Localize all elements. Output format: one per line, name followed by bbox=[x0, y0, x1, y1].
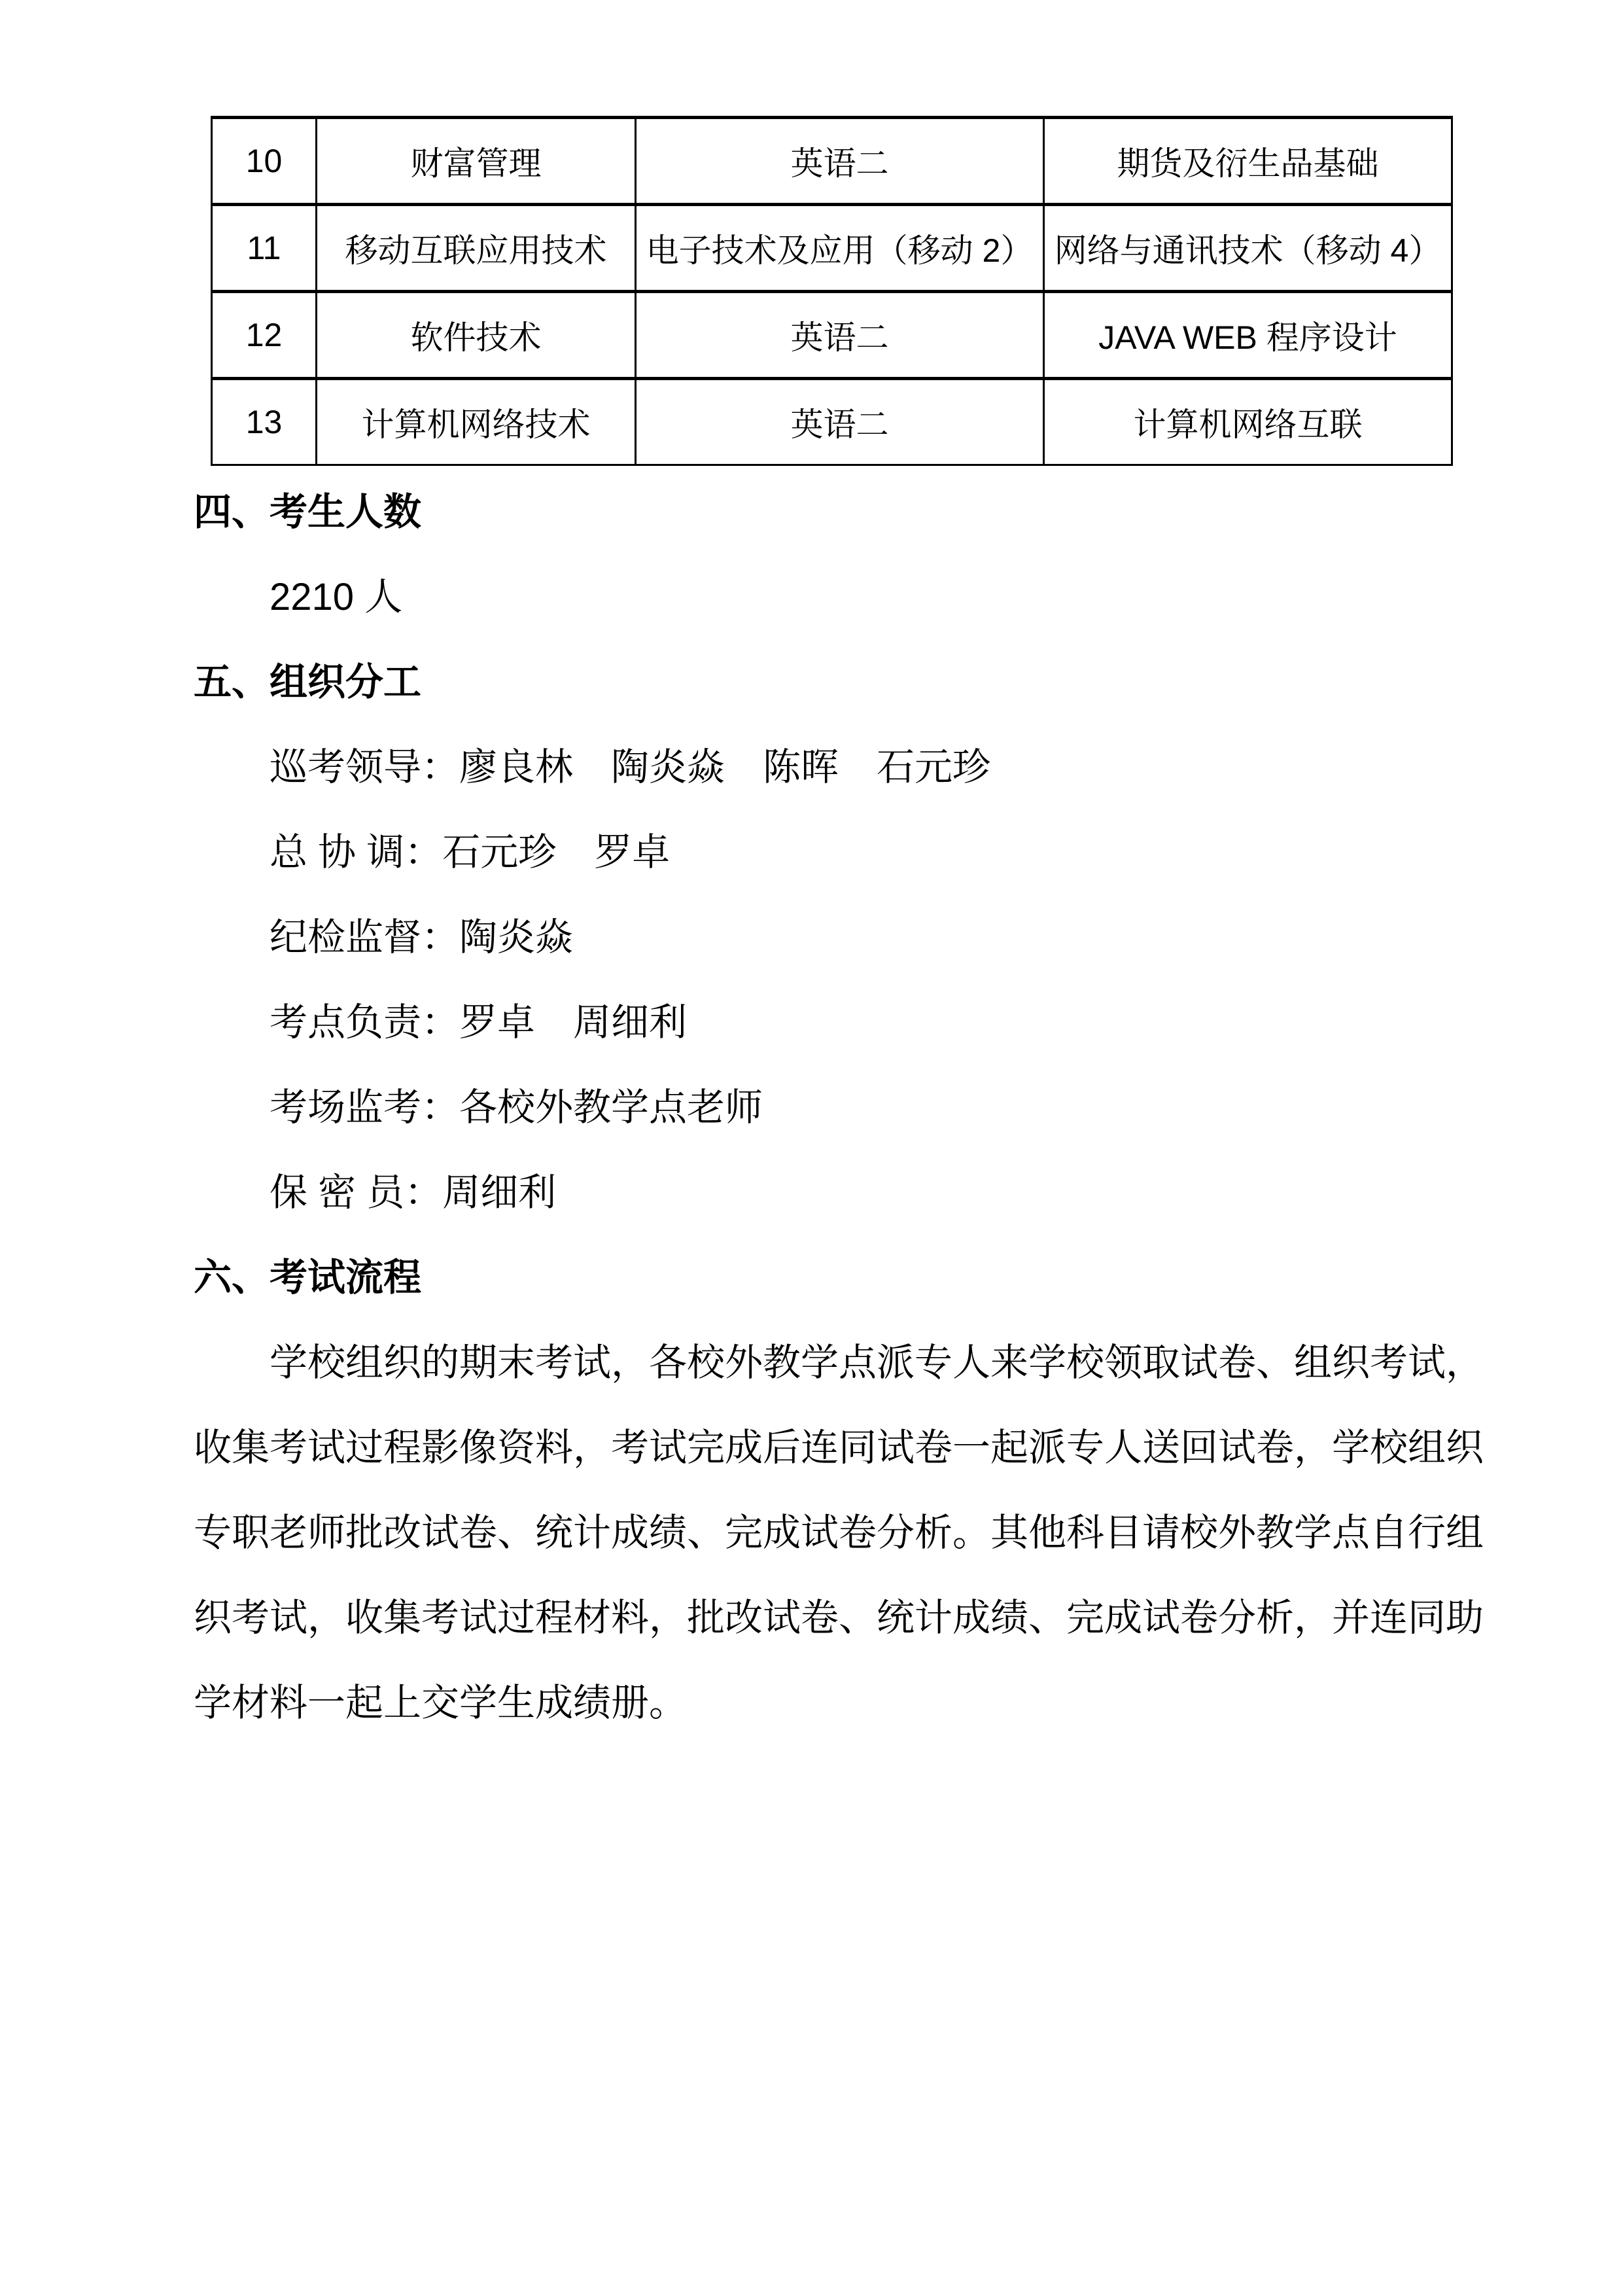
table-cell-course-2: JAVA WEB 程序设计 bbox=[1044, 292, 1452, 379]
exam-subjects-table: 10 财富管理 英语二 期货及衍生品基础 11 移动互联应用技术 电子技术及应用… bbox=[211, 116, 1453, 466]
org-line-inspection-leaders: 巡考领导：廖良林 陶炎焱 陈晖 石元珍 bbox=[194, 725, 1509, 810]
candidates-count-value: 2210 人 bbox=[194, 555, 1509, 640]
heading-organization: 五、组织分工 bbox=[194, 640, 1509, 725]
table-row: 10 财富管理 英语二 期货及衍生品基础 bbox=[212, 118, 1452, 205]
table-cell-major: 财富管理 bbox=[317, 118, 636, 205]
table-cell-course-2: 网络与通讯技术（移动 4） bbox=[1044, 205, 1452, 292]
process-paragraph-line: 织考试，收集考试过程材料，批改试卷、统计成绩、完成试卷分析，并连同助 bbox=[194, 1576, 1509, 1661]
table-cell-row-number: 13 bbox=[212, 379, 317, 465]
org-line-discipline-supervisor: 纪检监督：陶炎焱 bbox=[194, 895, 1509, 980]
table-cell-major: 移动互联应用技术 bbox=[317, 205, 636, 292]
table-cell-row-number: 11 bbox=[212, 205, 317, 292]
org-line-confidentiality-officer: 保 密 员：周细利 bbox=[194, 1150, 1509, 1235]
org-line-general-coordinator: 总 协 调：石元珍 罗卓 bbox=[194, 810, 1509, 895]
table-cell-row-number: 10 bbox=[212, 118, 317, 205]
process-paragraph-line: 收集考试过程影像资料，考试完成后连同试卷一起派专人送回试卷，学校组织 bbox=[194, 1405, 1509, 1491]
table-cell-course-2: 计算机网络互联 bbox=[1044, 379, 1452, 465]
process-paragraph-line: 学材料一起上交学生成绩册。 bbox=[194, 1661, 1509, 1746]
table-cell-major: 计算机网络技术 bbox=[317, 379, 636, 465]
document-body: 四、考生人数 2210 人 五、组织分工 巡考领导：廖良林 陶炎焱 陈晖 石元珍… bbox=[194, 470, 1509, 1746]
table-row: 13 计算机网络技术 英语二 计算机网络互联 bbox=[212, 379, 1452, 465]
document-page: 10 财富管理 英语二 期货及衍生品基础 11 移动互联应用技术 电子技术及应用… bbox=[0, 0, 1623, 2296]
table-cell-course-1: 英语二 bbox=[636, 118, 1044, 205]
table-cell-course-1: 英语二 bbox=[636, 379, 1044, 465]
table-cell-row-number: 12 bbox=[212, 292, 317, 379]
table-row: 12 软件技术 英语二 JAVA WEB 程序设计 bbox=[212, 292, 1452, 379]
heading-exam-process: 六、考试流程 bbox=[194, 1235, 1509, 1320]
table-cell-major: 软件技术 bbox=[317, 292, 636, 379]
org-line-site-manager: 考点负责：罗卓 周细利 bbox=[194, 980, 1509, 1065]
table-row: 11 移动互联应用技术 电子技术及应用（移动 2） 网络与通讯技术（移动 4） bbox=[212, 205, 1452, 292]
table-cell-course-2: 期货及衍生品基础 bbox=[1044, 118, 1452, 205]
heading-candidates-count: 四、考生人数 bbox=[194, 470, 1509, 555]
process-paragraph-line: 学校组织的期末考试，各校外教学点派专人来学校领取试卷、组织考试， bbox=[194, 1320, 1509, 1405]
process-paragraph-line: 专职老师批改试卷、统计成绩、完成试卷分析。其他科目请校外教学点自行组 bbox=[194, 1491, 1509, 1576]
table-cell-course-1: 电子技术及应用（移动 2） bbox=[636, 205, 1044, 292]
table-cell-course-1: 英语二 bbox=[636, 292, 1044, 379]
org-line-proctors: 考场监考：各校外教学点老师 bbox=[194, 1065, 1509, 1150]
